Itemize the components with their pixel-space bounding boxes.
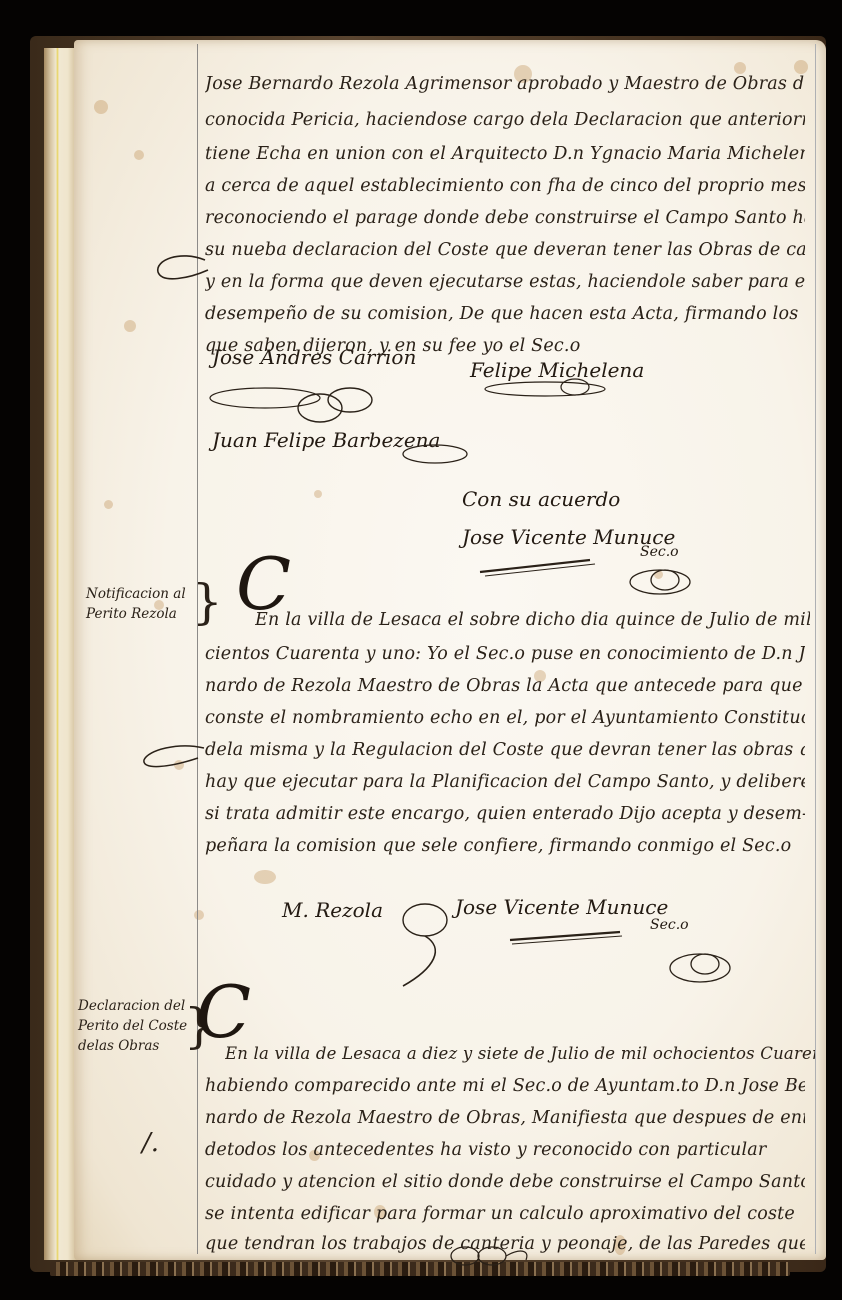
text-line: desempeño de su comision, De que hacen e…	[205, 304, 805, 324]
brace-icon: }	[192, 578, 223, 626]
text-line: hay que ejecutar para la Planificacion d…	[205, 772, 805, 792]
text-line: detodos los antecedentes ha visto y reco…	[205, 1140, 805, 1160]
margin-flourish-icon	[138, 740, 208, 774]
signature-flourish-icon	[395, 440, 475, 470]
text-line: y en la forma que deven ejecutarse estas…	[205, 272, 805, 292]
text-line: tiene Echa en union con el Arquitecto D.…	[205, 144, 805, 164]
signature-flourish-icon	[205, 380, 395, 430]
page-stack-edges	[44, 48, 78, 1260]
margin-note-line: Perito Rezola	[86, 604, 177, 624]
margin-note-line: Notificacion al	[86, 584, 186, 604]
text-line: cientos Cuarenta y uno: Yo el Sec.o puse…	[205, 644, 805, 664]
text-line: si trata admitir este encargo, quien ent…	[205, 804, 805, 824]
right-margin-rule	[815, 44, 816, 1254]
signature-jose-vicente-munuce-2: Jose Vicente Munuce	[455, 895, 668, 919]
margin-note-line: Perito del Coste	[78, 1016, 187, 1036]
page-end-flourish-icon	[430, 1240, 540, 1270]
text-line: En la villa de Lesaca a diez y siete de …	[225, 1044, 815, 1063]
text-line: nardo de Rezola Maestro de Obras, Manifi…	[205, 1108, 805, 1128]
signature-flourish-icon	[500, 920, 760, 990]
text-line: reconociendo el parage donde debe constr…	[205, 208, 805, 228]
text-line: habiendo comparecido ante mi el Sec.o de…	[205, 1076, 805, 1096]
decorative-initial-c-icon: C	[196, 976, 251, 1048]
margin-flourish-icon	[150, 248, 210, 288]
text-line: su nueba declaracion del Coste que dever…	[205, 240, 805, 260]
margin-note-line: Declaracion del	[78, 996, 185, 1016]
text-line: peñara la comision que sele confiere, fi…	[205, 836, 805, 856]
text-line: a cerca de aquel establecimiento con fha…	[205, 176, 805, 196]
left-margin-rule	[197, 44, 198, 1254]
text-line: En la villa de Lesaca el sobre dicho dia…	[255, 610, 810, 630]
text-line: conocida Pericia, haciendose cargo dela …	[205, 110, 805, 130]
margin-note-line: delas Obras	[78, 1036, 159, 1056]
signature-rezola: M. Rezola	[282, 898, 383, 922]
text-line: Jose Bernardo Rezola Agrimensor aprobado…	[205, 74, 805, 94]
signature-flourish-icon	[460, 540, 710, 600]
signature-jose-andres-carrion: Jose Andres Carrion	[212, 345, 416, 369]
margin-mark: /.	[142, 1128, 159, 1158]
text-line: conste el nombramiento echo en el, por e…	[205, 708, 805, 728]
text-line: se intenta edificar para formar un calcu…	[205, 1204, 805, 1224]
text-line: cuidado y atencion el sitio donde debe c…	[205, 1172, 805, 1192]
text-line: nardo de Rezola Maestro de Obras la Acta…	[205, 676, 805, 696]
signature-flourish-icon	[475, 375, 625, 405]
signature-note-con-su-acuerdo: Con su acuerdo	[462, 487, 620, 511]
text-line: dela misma y la Regulacion del Coste que…	[205, 740, 805, 760]
book-spine-bottom-edge	[50, 1262, 790, 1276]
